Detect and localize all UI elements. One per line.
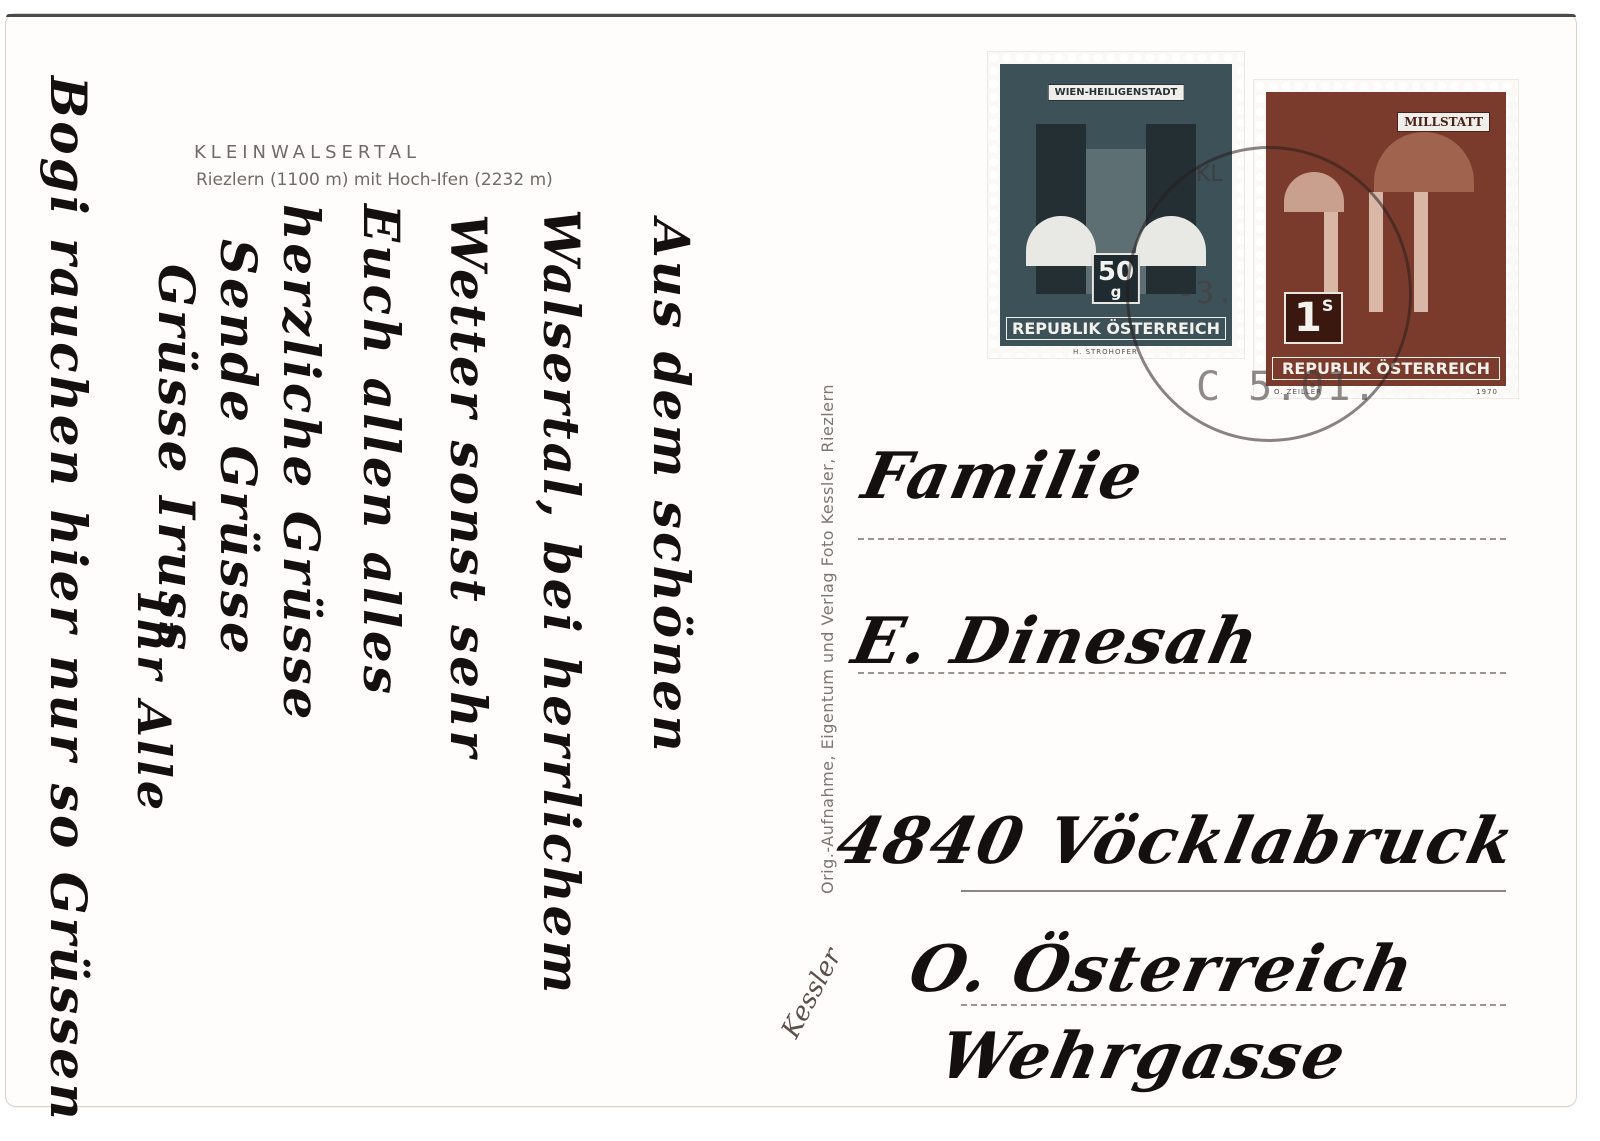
- address-line-1: Familie: [856, 439, 1151, 514]
- stamp-illustration: [1274, 132, 1498, 306]
- message-line: Wetter sonst sehr: [439, 214, 498, 760]
- stamp-value: 50g: [1092, 253, 1140, 304]
- stamp-country: REPUBLIK ÖSTERREICH: [1006, 317, 1226, 340]
- postmark-bottom: C 5.01.: [1196, 364, 1379, 410]
- stamp-value-unit: g: [1098, 285, 1134, 300]
- stamp-value-unit: S: [1322, 296, 1334, 315]
- message-line: Grüsse Iruss: [147, 264, 206, 653]
- stamp-illustration: [1008, 104, 1224, 266]
- address-line-4: O. Österreich: [903, 932, 1422, 1007]
- stamp-artist: H. STROHOFER: [1073, 348, 1138, 356]
- message-line: Bogi rauchen hier nur so Grüssen: [39, 76, 98, 1123]
- message-line: Sende Grüsse: [209, 239, 268, 657]
- caption-title: KLEINWALSERTAL: [194, 142, 421, 163]
- address-line-3: 4840 Vöcklabruck: [830, 804, 1522, 879]
- postmark-date: -3.: [1176, 276, 1236, 311]
- postcard: KLEINWALSERTAL Riezlern (1100 m) mit Hoc…: [6, 14, 1576, 1106]
- stamp-year: 1970: [1476, 388, 1498, 396]
- publisher-imprint: Orig.-Aufnahme, Eigentum und Verlag Foto…: [818, 384, 837, 894]
- message-line: herzliche Grüsse: [272, 204, 331, 722]
- publisher-signature: Kessler: [776, 943, 848, 1043]
- address-line-2: E. Dinesah: [846, 604, 1266, 679]
- stamp-value-main: 1: [1294, 295, 1322, 341]
- address-rule: [961, 890, 1506, 892]
- stamp-place-label: MILLSTATT: [1397, 112, 1490, 132]
- caption-subtitle: Riezlern (1100 m) mit Hoch-Ifen (2232 m): [196, 170, 553, 190]
- address-rule: [858, 538, 1506, 540]
- address-rule: [858, 672, 1506, 674]
- message-line: Aus dem schönen: [642, 219, 701, 755]
- message-line: Euch allen alles: [352, 204, 411, 697]
- address-line-5: Wehrgasse: [933, 1019, 1354, 1094]
- postmark-top-text: KL: [1196, 162, 1223, 187]
- stamp-place-label: WIEN-HEILIGENSTADT: [1048, 84, 1185, 101]
- address-rule: [961, 1004, 1506, 1006]
- stamp-wien-heiligenstadt: WIEN-HEILIGENSTADT 50g REPUBLIK ÖSTERREI…: [988, 52, 1244, 358]
- stamp-value: 1S: [1284, 292, 1343, 344]
- message-line: Walsertal, bei herrlichem: [532, 209, 591, 996]
- stamp-millstatt: MILLSTATT 1S REPUBLIK ÖSTERREICH O. ZEIL…: [1254, 80, 1518, 398]
